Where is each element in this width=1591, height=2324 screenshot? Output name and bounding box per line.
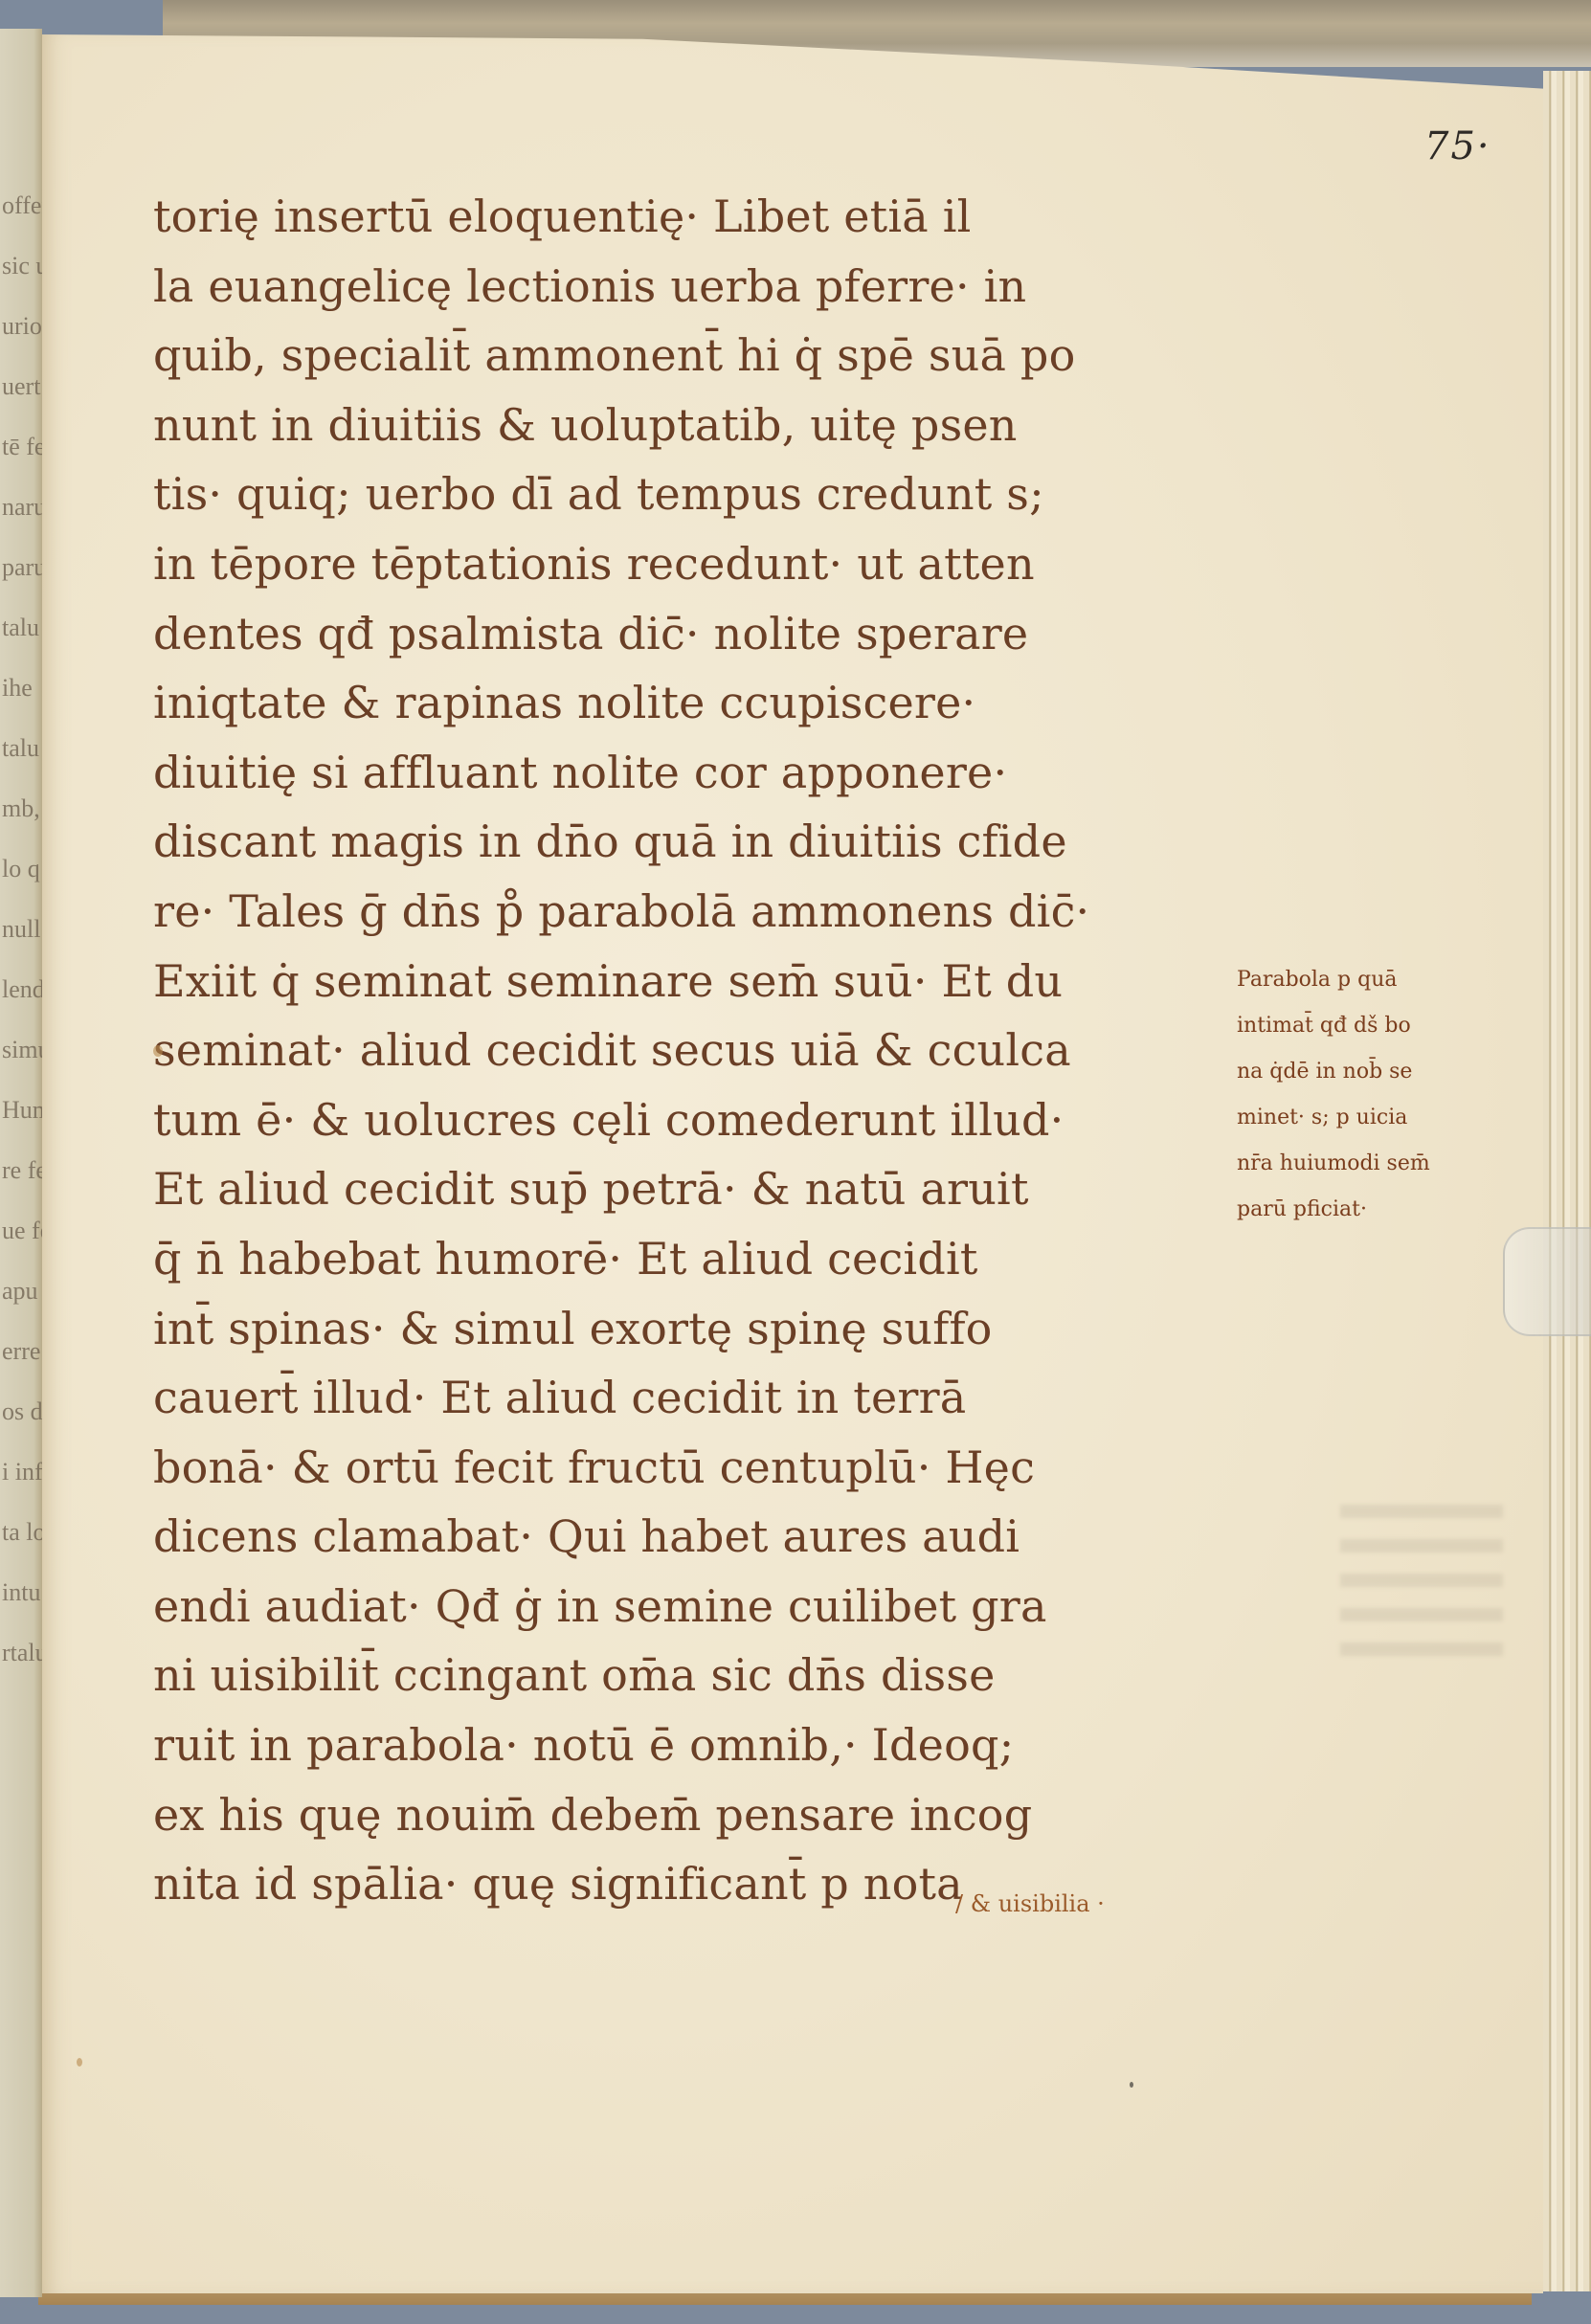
previous-page-fragment: tē fer <box>2 433 42 461</box>
previous-page-fragment: Hum <box>2 1096 42 1125</box>
previous-page-fragment: mb, <box>2 794 40 823</box>
previous-page-fragment: talu <box>2 734 39 763</box>
previous-page-fragment: talu <box>2 614 39 642</box>
previous-page-fragment: urio <box>2 312 42 341</box>
text-line: quib, specialit̄ ammonent̄ hi q̇ spē suā… <box>153 321 1235 391</box>
previous-page-fragment: ihe <box>2 674 33 703</box>
previous-page-fragment: apu <box>2 1277 38 1306</box>
text-line: iniqtate & rapinas nolite ccupiscere· <box>153 668 1235 738</box>
previous-page-fragment: uert <box>2 372 40 401</box>
text-line: bonā· & ortū fecit fructū centuplū· Hęc <box>153 1433 1235 1503</box>
main-text-block: torię insertū eloquentię· Libet etiā ill… <box>153 182 1235 1919</box>
text-line: q̄ n̄ habebat humorē· Et aliud cecidit <box>153 1224 1235 1294</box>
previous-page-fragment: null <box>2 915 40 944</box>
gloss-line: na q̇dē in nob̄ se <box>1237 1049 1524 1095</box>
text-line: discant magis in dn̄o quā in diuitiis cf… <box>153 807 1235 877</box>
previous-page-edge: offersic uuriouerttē fernaruparutaluihet… <box>0 29 42 2297</box>
text-line: cauert̄ illud· Et aliud cecidit in terrā <box>153 1363 1235 1433</box>
text-line: tum ē· & uolucres cęli comederunt illud· <box>153 1085 1235 1155</box>
previous-page-fragment: offer <box>2 191 42 220</box>
text-line: Et aliud cecidit sup̄ petrā· & natū arui… <box>153 1154 1235 1224</box>
stain-spot <box>77 2058 82 2067</box>
text-line: in tēpore tēptationis recedunt· ut atten <box>153 529 1235 599</box>
text-line: dicens clamabat· Qui habet aures audi <box>153 1502 1235 1572</box>
gloss-line: parū pficiat· <box>1237 1187 1524 1233</box>
marginal-gloss: Parabola p quāintimat̄ qđ dš bona q̇dē i… <box>1237 957 1524 1233</box>
text-line: dentes qđ psalmista dic̄· nolite sperare <box>153 599 1235 669</box>
text-line: int̄ spinas· & simul exortę spinę suffo <box>153 1294 1235 1364</box>
text-line: ex his quę nouim̄ debem̄ pensare incog <box>153 1780 1235 1850</box>
previous-page-fragment: ta lo <box>2 1518 42 1547</box>
previous-page-fragment: os di <box>2 1397 42 1426</box>
text-line: diuitię si affluant nolite cor apponere· <box>153 738 1235 808</box>
previous-page-fragment: rtalu <box>2 1639 42 1667</box>
previous-page-fragment: i inf <box>2 1458 42 1486</box>
text-line: ni uisibilit̄ ccingant om̄a sic dn̄s dis… <box>153 1641 1235 1710</box>
stain-spot <box>1130 2082 1133 2088</box>
gloss-line: minet· s; p uicia <box>1237 1095 1524 1141</box>
text-line: tis· quiq; uerbo dī ad tempus credunt s; <box>153 459 1235 529</box>
text-line: torię insertū eloquentię· Libet etiā il <box>153 182 1235 252</box>
gloss-line: intimat̄ qđ dš bo <box>1237 1003 1524 1049</box>
folio-number: 75· <box>1424 124 1491 168</box>
previous-page-fragment: erre <box>2 1337 40 1366</box>
text-line: endi audiat· Qđ ġ in semine cuilibet gra <box>153 1572 1235 1642</box>
interlinear-addition: / & uisibilia · <box>955 1890 1105 1917</box>
previous-page-fragment: re fer <box>2 1156 42 1185</box>
gloss-line: Parabola p quā <box>1237 957 1524 1003</box>
text-line: nunt in diuitiis & uoluptatib, uitę psen <box>153 391 1235 460</box>
previous-page-fragment: simul <box>2 1036 42 1064</box>
text-line: re· Tales ḡ dn̄s p̊ parabolā ammonens di… <box>153 877 1235 947</box>
previous-page-fragment: paru <box>2 553 42 582</box>
page-stack-edge <box>1543 71 1591 2291</box>
text-line: ruit in parabola· notū ē omnib,· Ideoq; <box>153 1710 1235 1780</box>
text-line: Exiit q̇ seminat seminare sem̄ suū· Et d… <box>153 947 1235 1017</box>
previous-page-fragment: naru <box>2 493 42 522</box>
page-clip <box>1503 1227 1591 1336</box>
verso-show-through <box>1340 1484 1503 1675</box>
previous-page-fragment: ue fer <box>2 1217 42 1245</box>
text-line: la euangelicę lectionis uerba pferre· in <box>153 252 1235 322</box>
text-line: seminat· aliud cecidit secus uiā & cculc… <box>153 1016 1235 1085</box>
previous-page-fragment: lo q <box>2 855 40 883</box>
previous-page-fragment: sic u <box>2 252 42 280</box>
stain-spot <box>153 1045 163 1057</box>
previous-page-fragment: lendi <box>2 975 42 1004</box>
gloss-line: nr̄a huiumodi sem̄ <box>1237 1141 1524 1187</box>
previous-page-fragment: intu <box>2 1578 40 1607</box>
